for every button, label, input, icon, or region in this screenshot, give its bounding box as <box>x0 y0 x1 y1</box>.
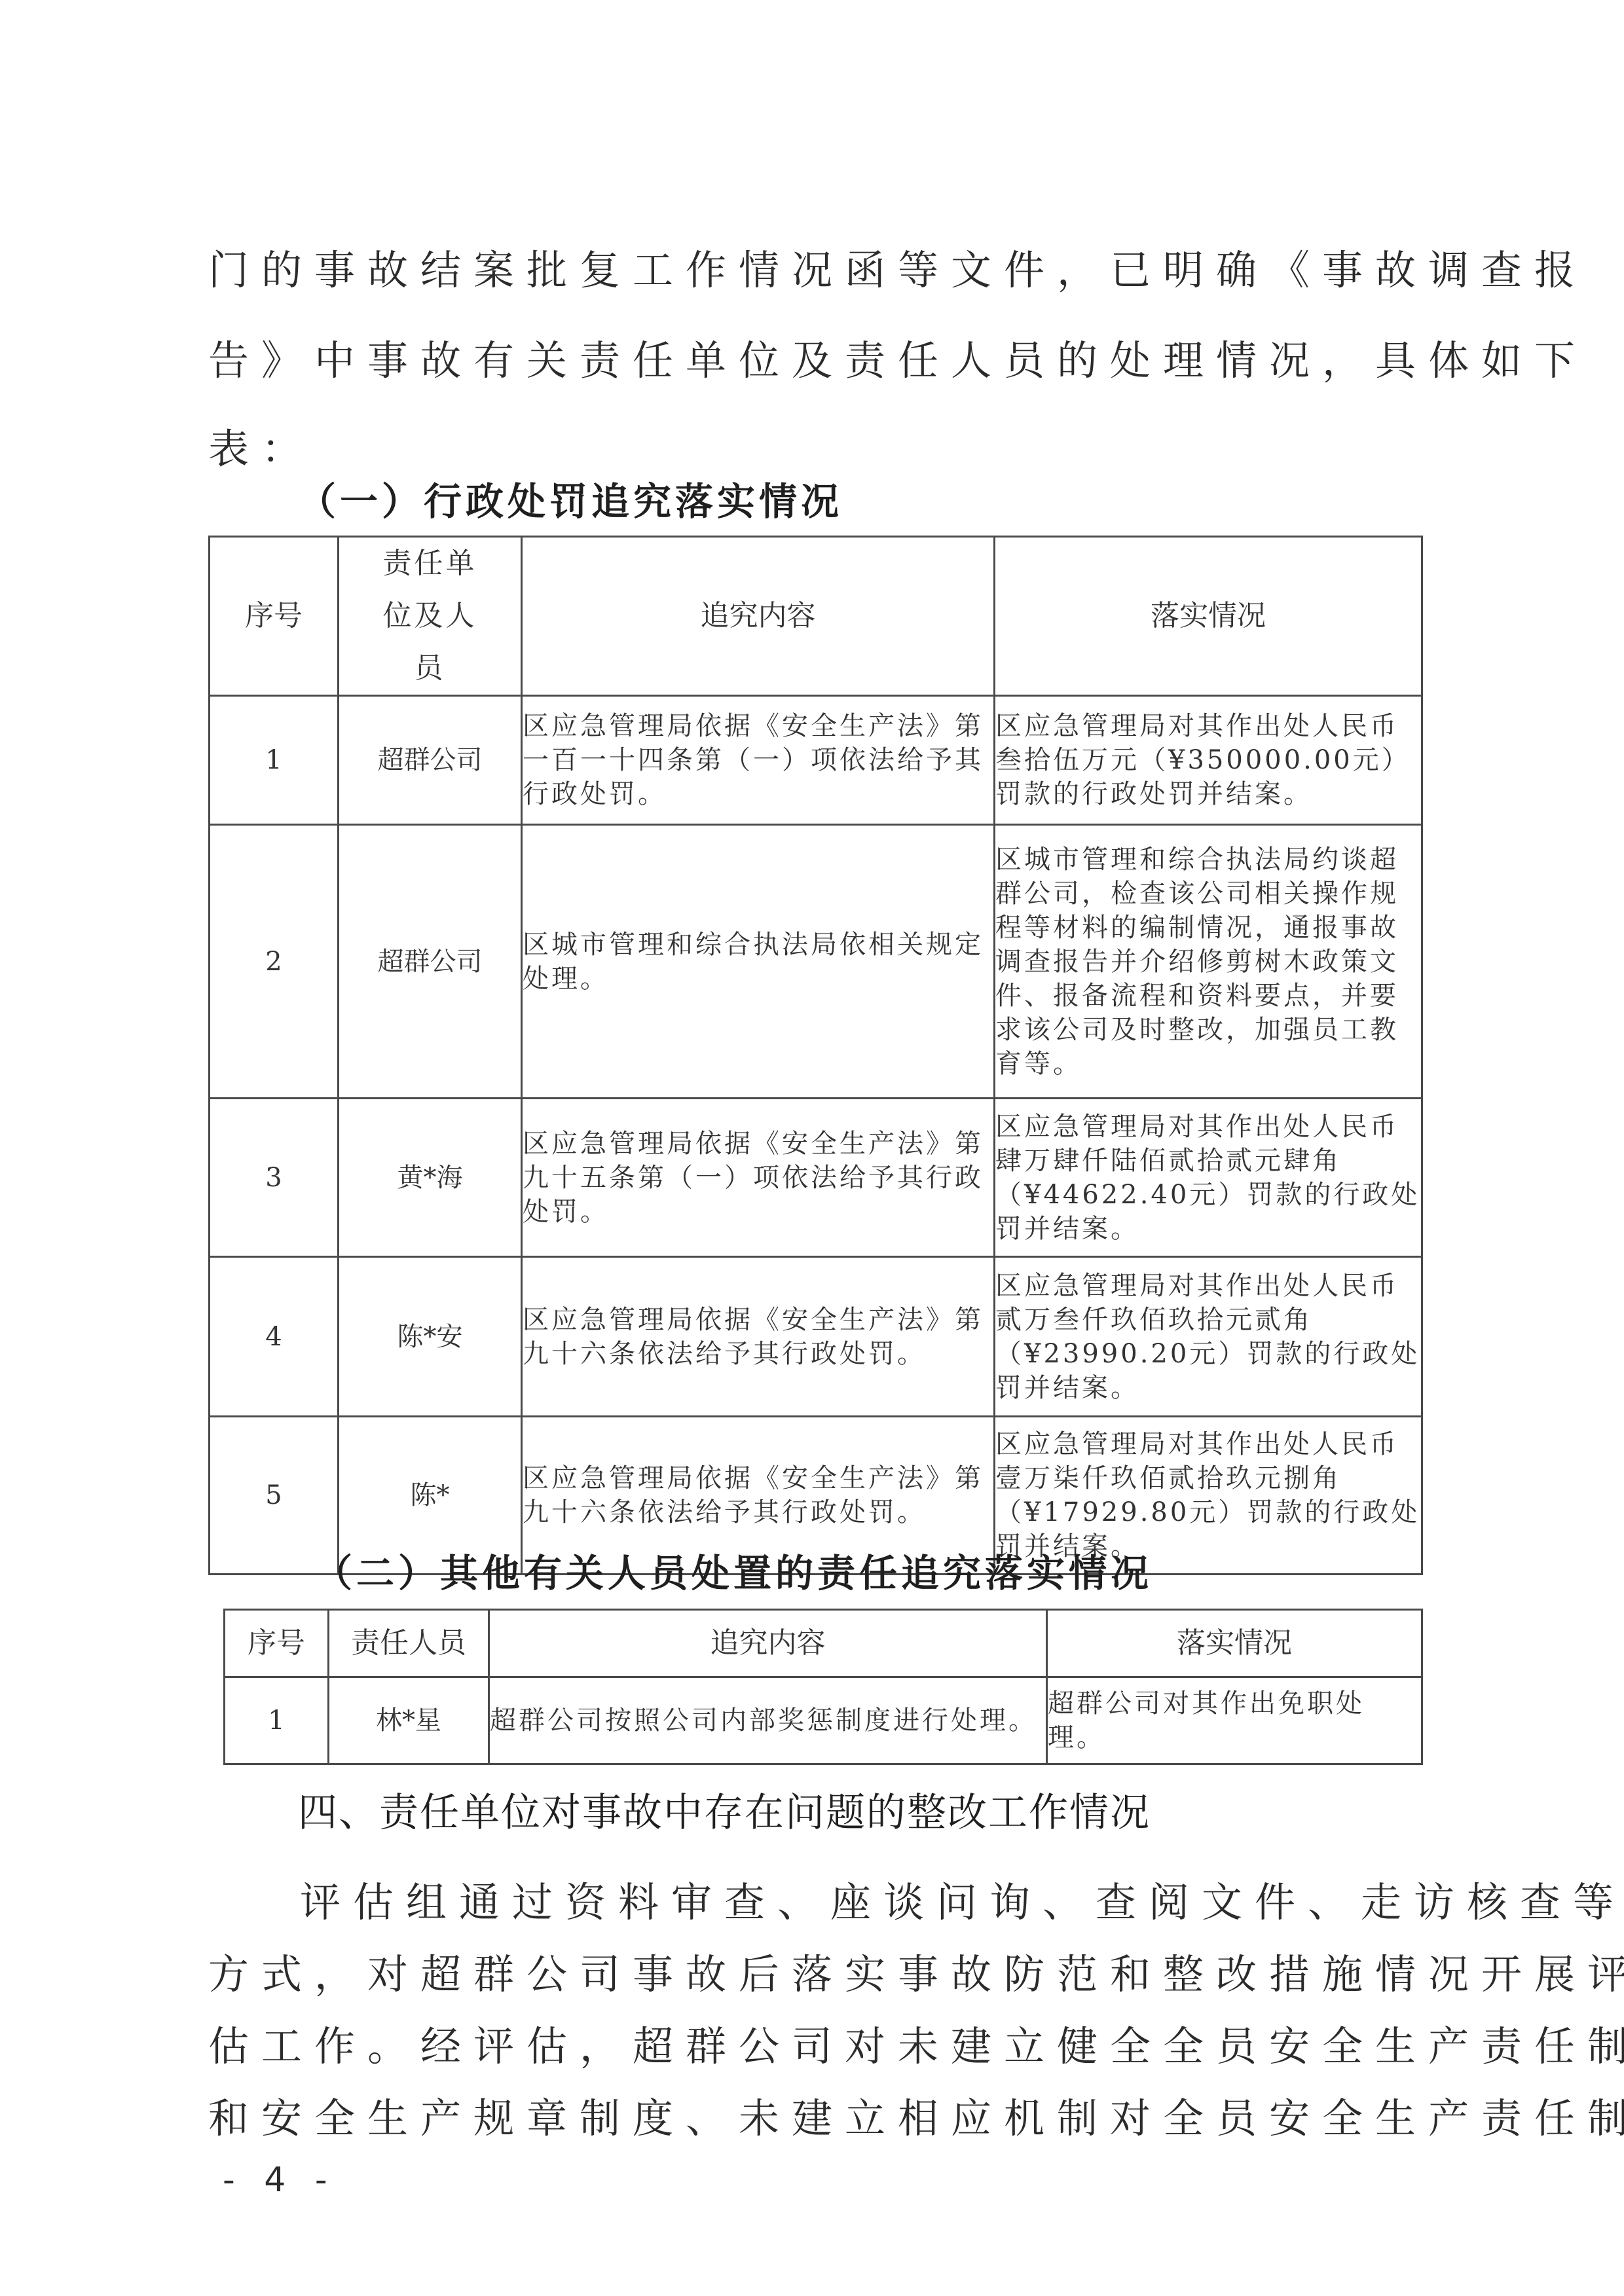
intro-paragraph-line-3: 表： <box>208 429 1426 469</box>
header-serial-no: 序号 <box>225 1610 329 1677</box>
header-serial-no: 序号 <box>210 537 339 696</box>
cell-serial-no: 2 <box>210 825 339 1099</box>
cell-result: 区城市管理和综合执法局约谈超群公司，检查该公司相关操作规程等材料的编制情况，通报… <box>995 825 1422 1099</box>
cell-party: 超群公司 <box>339 825 522 1099</box>
section-two-heading: （二）其他有关人员处置的责任追究落实情况 <box>314 1553 1153 1594</box>
header-responsible-party: 责任单位及人员 <box>339 537 522 696</box>
header-accountability-content: 追究内容 <box>489 1610 1047 1677</box>
table-header-row: 序号 责任单位及人员 追究内容 落实情况 <box>210 537 1422 696</box>
page-number: - 4 - <box>223 2160 337 2200</box>
cell-result: 区应急管理局对其作出处人民币贰万叁仟玖佰玖拾元贰角（¥23990.20元）罚款的… <box>995 1257 1422 1417</box>
cell-content: 超群公司按照公司内部奖惩制度进行处理。 <box>489 1677 1047 1764</box>
other-personnel-table: 序号 责任人员 追究内容 落实情况 1 林*星 超群公司按照公司内部奖惩制度进行… <box>223 1609 1423 1765</box>
cell-serial-no: 1 <box>210 696 339 825</box>
cell-party: 黄*海 <box>339 1099 522 1257</box>
cell-serial-no: 3 <box>210 1099 339 1257</box>
cell-serial-no: 1 <box>225 1677 329 1764</box>
header-accountability-content: 追究内容 <box>522 537 995 696</box>
intro-paragraph-line-1: 门的事故结案批复工作情况函等文件，已明确《事故调查报 <box>208 250 1426 291</box>
cell-serial-no: 4 <box>210 1257 339 1417</box>
section-one-heading: （一）行政处罚追究落实情况 <box>298 481 843 522</box>
section-four-line-3: 估工作。经评估，超群公司对未建立健全全员安全生产责任制 <box>208 2026 1426 2067</box>
cell-content: 区城市管理和综合执法局依相关规定处理。 <box>522 825 995 1099</box>
cell-result: 区应急管理局对其作出处人民币叁拾伍万元（¥350000.00元）罚款的行政处罚并… <box>995 696 1422 825</box>
cell-content: 区应急管理局依据《安全生产法》第九十五条第（一）项依法给予其行政处罚。 <box>522 1099 995 1257</box>
cell-party: 超群公司 <box>339 696 522 825</box>
cell-party: 陈*安 <box>339 1257 522 1417</box>
administrative-penalty-table: 序号 责任单位及人员 追究内容 落实情况 1 超群公司 区应急管理局依据《安全生… <box>208 536 1423 1575</box>
table-row: 3 黄*海 区应急管理局依据《安全生产法》第九十五条第（一）项依法给予其行政处罚… <box>210 1099 1422 1257</box>
header-responsible-person: 责任人员 <box>329 1610 489 1677</box>
cell-content: 区应急管理局依据《安全生产法》第九十六条依法给予其行政处罚。 <box>522 1257 995 1417</box>
table-row: 1 林*星 超群公司按照公司内部奖惩制度进行处理。 超群公司对其作出免职处理。 <box>225 1677 1422 1764</box>
section-four-line-2: 方式，对超群公司事故后落实事故防范和整改措施情况开展评 <box>208 1954 1426 1995</box>
header-responsible-party-label: 责任单位及人员 <box>368 538 492 695</box>
table-header-row: 序号 责任人员 追究内容 落实情况 <box>225 1610 1422 1677</box>
table-row: 2 超群公司 区城市管理和综合执法局依相关规定处理。 区城市管理和综合执法局约谈… <box>210 825 1422 1099</box>
section-four-line-4: 和安全生产规章制度、未建立相应机制对全员安全生产责任制 <box>208 2098 1426 2139</box>
section-four-line-1: 评估组通过资料审查、座谈问询、查阅文件、走访核查等 <box>300 1882 1426 1923</box>
cell-result: 区应急管理局对其作出处人民币肆万肆仟陆佰贰拾贰元肆角（¥44622.40元）罚款… <box>995 1099 1422 1257</box>
header-implementation-status: 落实情况 <box>995 537 1422 696</box>
section-four-heading: 四、责任单位对事故中存在问题的整改工作情况 <box>298 1793 1151 1833</box>
cell-content: 区应急管理局依据《安全生产法》第一百一十四条第（一）项依法给予其行政处罚。 <box>522 696 995 825</box>
table-row: 1 超群公司 区应急管理局依据《安全生产法》第一百一十四条第（一）项依法给予其行… <box>210 696 1422 825</box>
header-implementation-status: 落实情况 <box>1047 1610 1422 1677</box>
cell-result: 超群公司对其作出免职处理。 <box>1047 1677 1422 1764</box>
intro-paragraph-line-2: 告》中事故有关责任单位及责任人员的处理情况，具体如下 <box>208 340 1426 381</box>
table-row: 4 陈*安 区应急管理局依据《安全生产法》第九十六条依法给予其行政处罚。 区应急… <box>210 1257 1422 1417</box>
cell-party: 林*星 <box>329 1677 489 1764</box>
